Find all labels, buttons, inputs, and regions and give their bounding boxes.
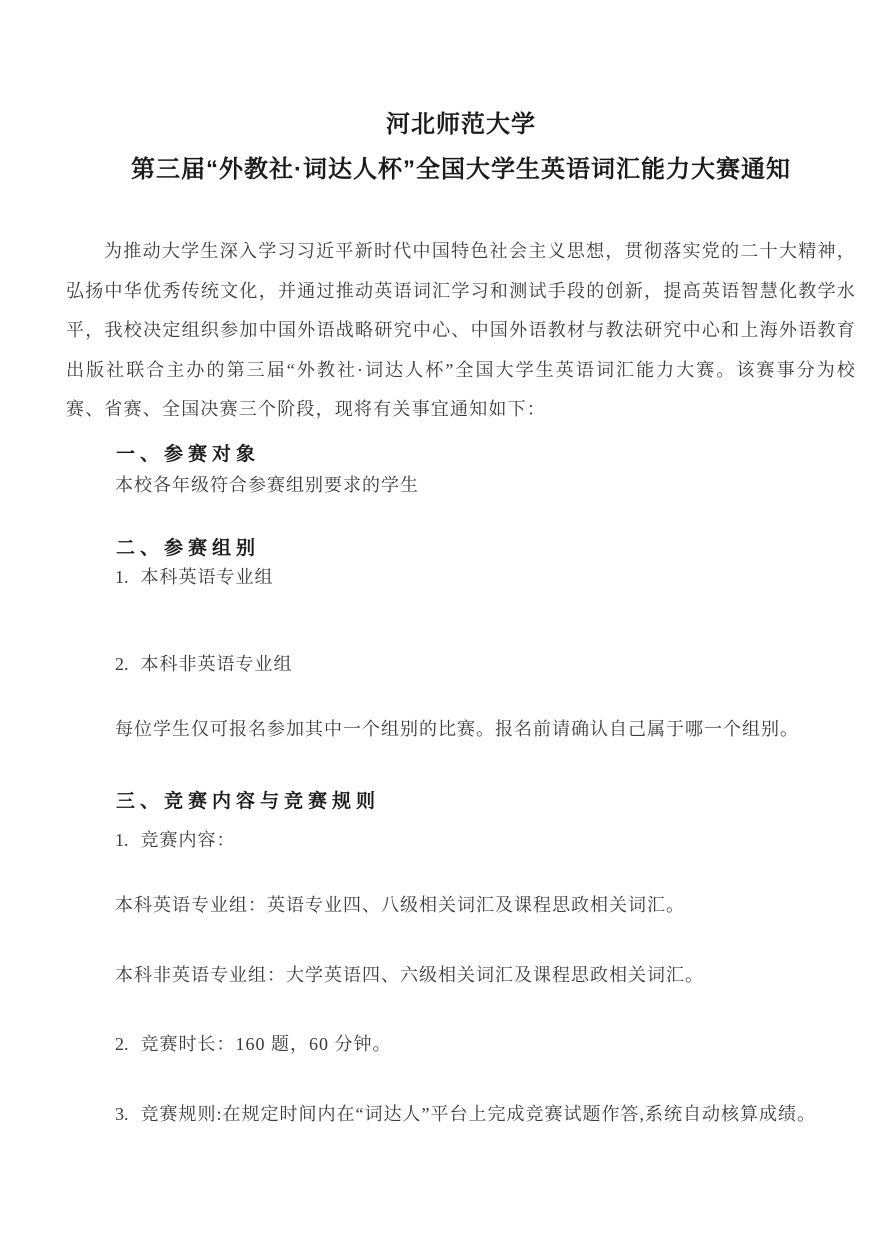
- list-item: 1.本科英语专业组: [115, 564, 856, 590]
- intro-line: 弘扬中华优秀传统文化，并通过推动英语词汇学习和测试手段的创新，提高英语智慧化教学…: [66, 272, 856, 312]
- document-title: 河北师范大学: [66, 110, 856, 140]
- list-item: 2.本科非英语专业组: [115, 651, 856, 677]
- list-item-number: 2.: [115, 1031, 129, 1057]
- list-item: 1.竞赛内容：: [115, 827, 856, 853]
- list-item-text: 竞赛规则:在规定时间内在“词达人”平台上完成竞赛试题作答,系统自动核算成绩。: [141, 1104, 816, 1124]
- list-item-number: 1.: [115, 564, 129, 590]
- paragraph: 本科英语专业组：英语专业四、八级相关词汇及课程思政相关词汇。: [115, 892, 856, 918]
- intro-line: 平，我校决定组织参加中国外语战略研究中心、中国外语教材与教法研究中心和上海外语教…: [66, 311, 856, 351]
- document-page: 河北师范大学 第三届“外教社·词达人杯”全国大学生英语词汇能力大赛通知 为推动大…: [0, 0, 880, 1244]
- section-heading-participants: 一、参赛对象: [116, 442, 856, 468]
- document-subtitle: 第三届“外教社·词达人杯”全国大学生英语词汇能力大赛通知: [66, 155, 856, 185]
- list-item-number: 3.: [115, 1101, 129, 1127]
- list-item: 3.竞赛规则:在规定时间内在“词达人”平台上完成竞赛试题作答,系统自动核算成绩。: [115, 1101, 856, 1127]
- list-item-text: 本科非英语专业组: [141, 654, 293, 674]
- section-heading-rules: 三、竞赛内容与竞赛规则: [116, 789, 856, 815]
- section-heading-groups: 二、参赛组别: [116, 536, 856, 562]
- paragraph: 本校各年级符合参赛组别要求的学生: [115, 472, 856, 498]
- list-item: 2.竞赛时长：160 题，60 分钟。: [115, 1031, 856, 1057]
- list-item-number: 1.: [115, 827, 129, 853]
- intro-line: 出版社联合主办的第三届“外教社·词达人杯”全国大学生英语词汇能力大赛。该赛事分为…: [66, 351, 856, 391]
- intro-line: 赛、省赛、全国决赛三个阶段，现将有关事宜通知如下：: [66, 390, 856, 430]
- list-item-text: 竞赛内容：: [141, 830, 236, 850]
- intro-line: 为推动大学生深入学习习近平新时代中国特色社会主义思想，贯彻落实党的二十大精神，: [66, 232, 856, 272]
- paragraph: 每位学生仅可报名参加其中一个组别的比赛。报名前请确认自己属于哪一个组别。: [115, 716, 856, 742]
- list-item-number: 2.: [115, 651, 129, 677]
- paragraph: 本科非英语专业组：大学英语四、六级相关词汇及课程思政相关词汇。: [115, 962, 856, 988]
- list-item-text: 本科英语专业组: [141, 567, 274, 587]
- list-item-text: 竞赛时长：160 题，60 分钟。: [141, 1034, 392, 1054]
- intro-paragraph: 为推动大学生深入学习习近平新时代中国特色社会主义思想，贯彻落实党的二十大精神， …: [66, 232, 856, 430]
